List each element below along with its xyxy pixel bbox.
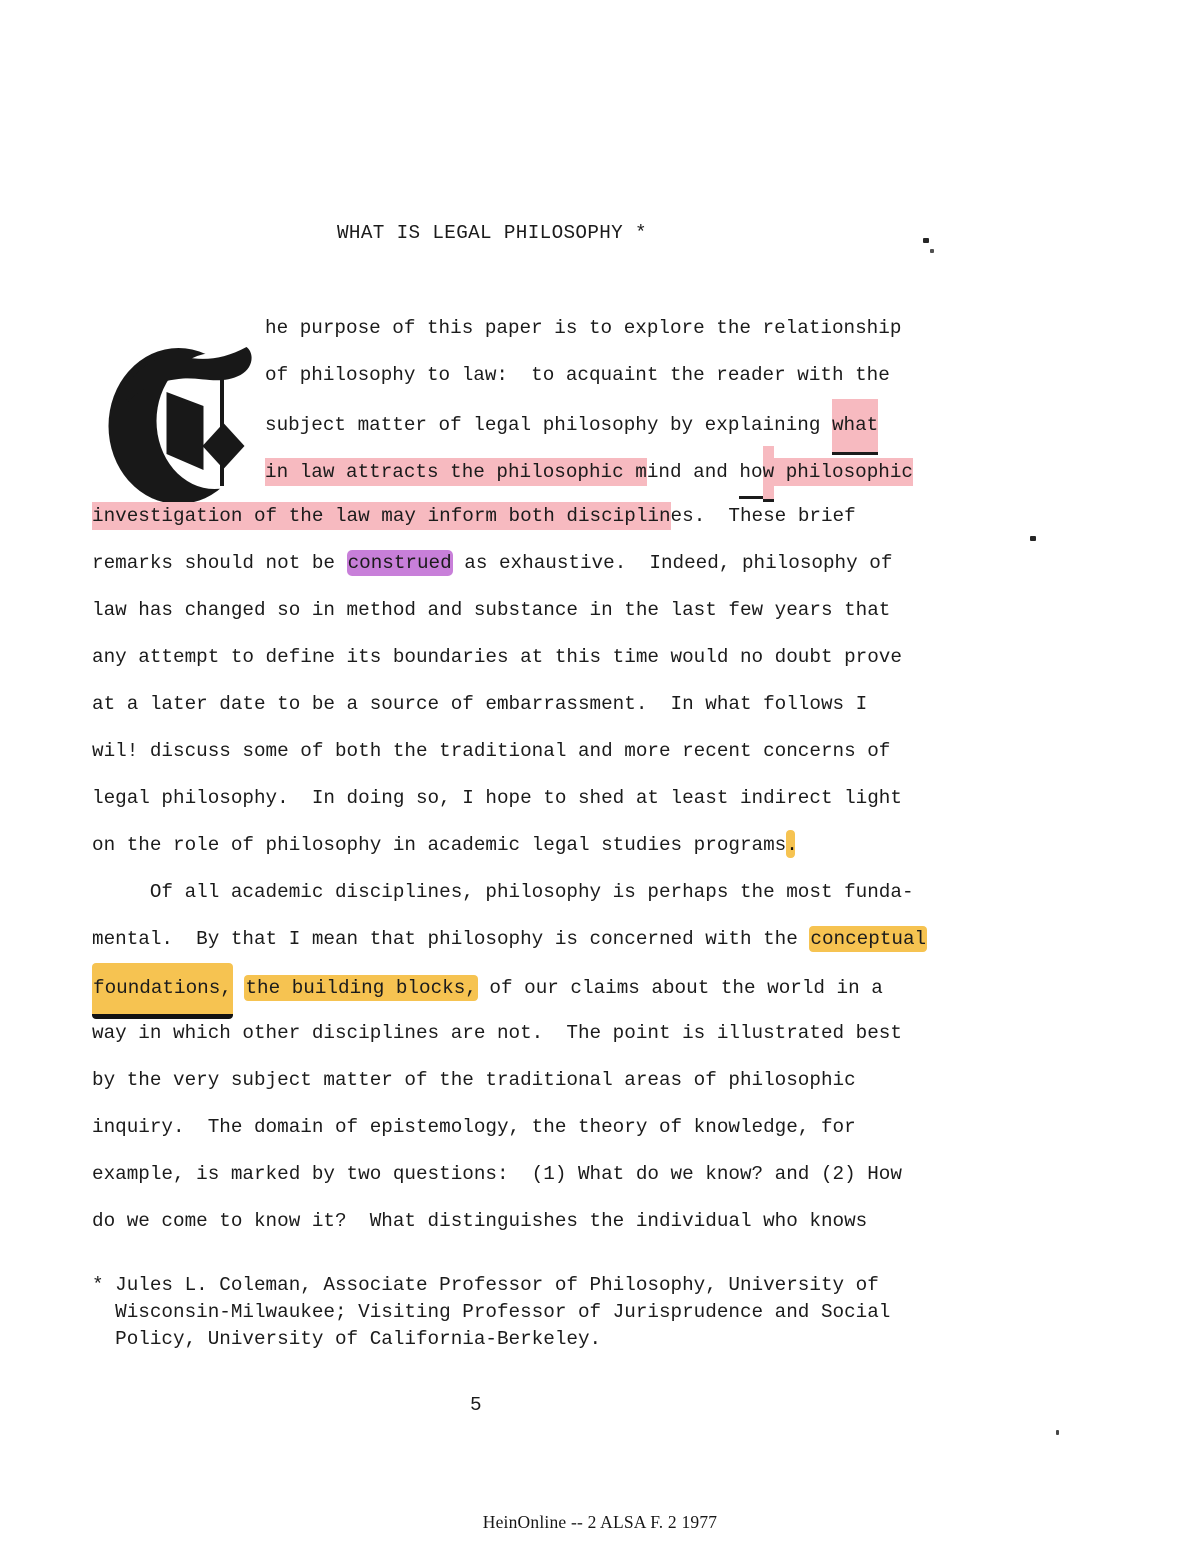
text-line: he purpose of this paper is to explore t…	[265, 305, 1092, 352]
author-footnote: * Jules L. Coleman, Associate Professor …	[92, 1272, 992, 1353]
yellow-highlighter-tick	[786, 830, 795, 858]
text-line: Of all academic disciplines, philosophy …	[92, 869, 1092, 916]
text-line: at a later date to be a source of embarr…	[92, 681, 1092, 728]
scan-speck	[923, 238, 929, 243]
text-segment: of philosophy to law: to acquaint the re…	[265, 364, 890, 386]
text-segment: way in which other disciplines are not. …	[92, 1022, 902, 1044]
page-number: 5	[470, 1390, 510, 1420]
text-segment: any attempt to define its boundaries at …	[92, 646, 902, 668]
text-line: way in which other disciplines are not. …	[92, 1010, 1092, 1057]
text-segment: es. These brief	[671, 505, 856, 527]
highlighted-text: in law attracts the philosophic m	[265, 458, 647, 486]
text-segment: wil! discuss some of both the traditiona…	[92, 740, 890, 762]
text-segment	[233, 977, 245, 999]
text-line: example, is marked by two questions: (1)…	[92, 1151, 1092, 1198]
text-line: of philosophy to law: to acquaint the re…	[265, 352, 1092, 399]
text-segment: at a later date to be a source of embarr…	[92, 693, 867, 715]
text-segment: mental. By that I mean that philosophy i…	[92, 928, 809, 950]
text-line: inquiry. The domain of epistemology, the…	[92, 1104, 1092, 1151]
highlighted-text: conceptual	[809, 926, 927, 952]
text-line: legal philosophy. In doing so, I hope to…	[92, 775, 1092, 822]
scanned-document-page: WHAT IS LEGAL PHILOSOPHY * he purpose of…	[0, 0, 1200, 1553]
text-segment: subject matter of legal philosophy by ex…	[265, 414, 832, 436]
text-segment: ind and	[647, 461, 740, 483]
footnote-line: Policy, University of California-Berkele…	[92, 1326, 992, 1353]
highlighted-text: philosophic	[774, 458, 913, 486]
text-segment: legal philosophy. In doing so, I hope to…	[92, 787, 902, 809]
text-line: law has changed so in method and substan…	[92, 587, 1092, 634]
footnote-line: Wisconsin-Milwaukee; Visiting Professor …	[92, 1299, 992, 1326]
highlighted-text: investigation of the law may inform both…	[92, 502, 671, 530]
text-line: do we come to know it? What distinguishe…	[92, 1198, 1092, 1245]
body-full-lines: investigation of the law may inform both…	[92, 493, 1092, 1245]
text-line: mental. By that I mean that philosophy i…	[92, 916, 1092, 963]
text-segment: inquiry. The domain of epistemology, the…	[92, 1116, 856, 1138]
text-line: by the very subject matter of the tradit…	[92, 1057, 1092, 1104]
page-title: WHAT IS LEGAL PHILOSOPHY *	[337, 222, 647, 244]
scan-speck	[1056, 1430, 1059, 1435]
text-line: remarks should not be construed as exhau…	[92, 540, 1092, 587]
text-line: any attempt to define its boundaries at …	[92, 634, 1092, 681]
text-line: wil! discuss some of both the traditiona…	[92, 728, 1092, 775]
footnote-line: * Jules L. Coleman, Associate Professor …	[92, 1272, 992, 1299]
text-segment: law has changed so in method and substan…	[92, 599, 890, 621]
text-segment: do we come to know it? What distinguishe…	[92, 1210, 867, 1232]
heinonline-citation-footer: HeinOnline -- 2 ALSA F. 2 1977	[0, 1512, 1200, 1533]
text-line: foundations, the building blocks, of our…	[92, 963, 1092, 1010]
scan-speck	[930, 249, 934, 253]
text-segment: as exhaustive. Indeed, philosophy of	[453, 552, 893, 574]
text-segment: of our claims about the world in a	[478, 977, 883, 999]
text-segment: he purpose of this paper is to explore t…	[265, 317, 901, 339]
text-line: on the role of philosophy in academic le…	[92, 822, 1092, 869]
highlighted-text: the building blocks,	[244, 975, 477, 1001]
body-text: he purpose of this paper is to explore t…	[92, 305, 1092, 1245]
text-segment: Of all academic disciplines, philosophy …	[92, 881, 914, 903]
text-line: in law attracts the philosophic mind and…	[265, 446, 1092, 493]
text-segment: remarks should not be	[92, 552, 347, 574]
text-segment: example, is marked by two questions: (1)…	[92, 1163, 902, 1185]
paragraph-one-indented-lines: he purpose of this paper is to explore t…	[92, 305, 1092, 493]
text-line: subject matter of legal philosophy by ex…	[265, 399, 1092, 446]
text-segment: on the role of philosophy in academic le…	[92, 834, 798, 856]
text-line: investigation of the law may inform both…	[92, 493, 1092, 540]
text-segment: by the very subject matter of the tradit…	[92, 1069, 856, 1091]
text-segment: ho	[739, 449, 762, 499]
highlighted-text: construed	[347, 550, 453, 576]
